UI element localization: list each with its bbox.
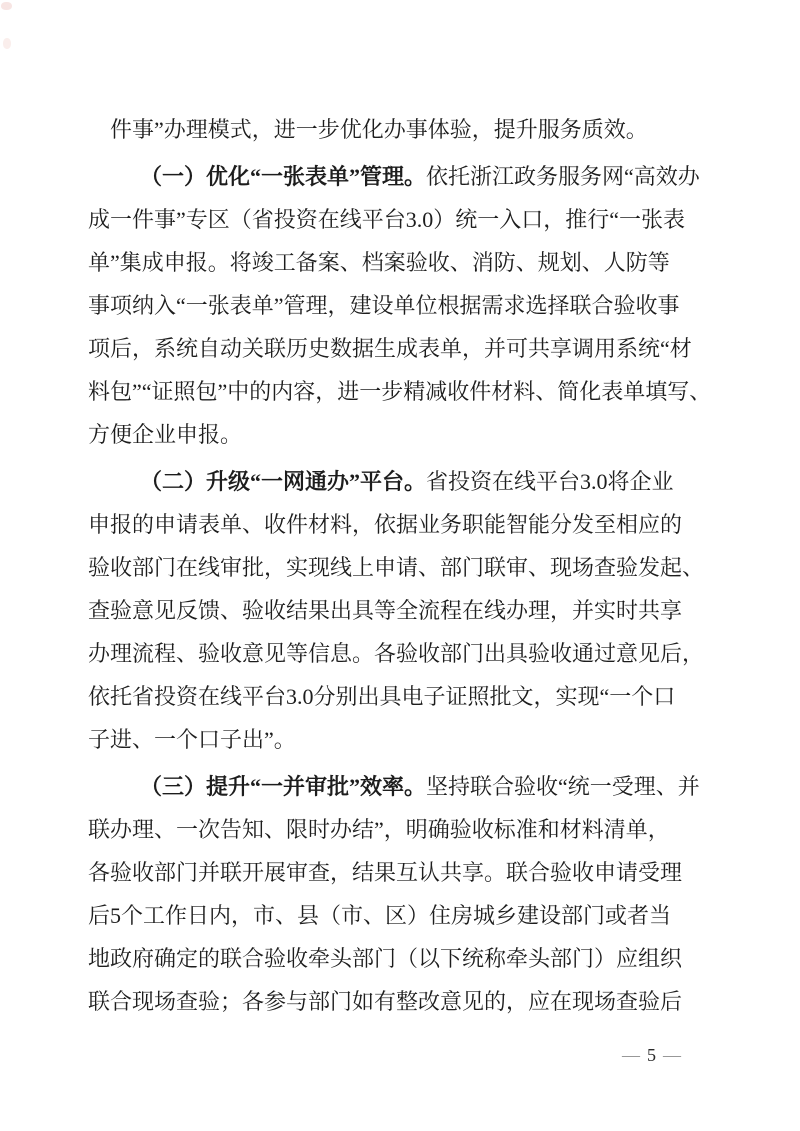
text-line: 联合现场查验；各参与部门如有整改意见的，应在现场查验后 [88,980,688,1023]
text-line: 项后，系统自动关联历史数据生成表单，并可共享调用系统“材 [88,327,688,370]
line-text: 省投资在线平台3.0将企业 [426,469,674,494]
line-text: 子进、一个口子出”。 [88,727,296,752]
line-text: 项后，系统自动关联历史数据生成表单，并可共享调用系统“材 [88,336,692,361]
line-text: 成一件事”专区（省投资在线平台3.0）统一入口，推行“一张表 [88,207,685,232]
page-number-value: 5 [647,1045,657,1065]
text-line: 联办理、一次告知、限时办结”，明确验收标准和材料清单， [88,808,688,851]
line-text: 申报的申请表单、收件材料，依据业务职能智能分发至相应的 [88,512,682,537]
text-line: 各验收部门并联开展审查，结果互认共享。联合验收申请受理 [88,851,688,894]
text-line: 地政府确定的联合验收牵头部门（以下统称牵头部门）应组织 [88,937,688,980]
section-heading-lead: （二）升级“一网通办”平台。 [140,469,426,494]
text-line: 事项纳入“一张表单”管理，建设单位根据需求选择联合验收事 [88,284,688,327]
line-text: 依托浙江政务服务网“高效办 [426,164,700,189]
line-text: 办理流程、验收意见等信息。各验收部门出具验收通过意见后， [88,641,704,666]
text-line: 依托省投资在线平台3.0分别出具电子证照批文，实现“一个口 [88,675,688,718]
text-line: 子进、一个口子出”。 [88,718,688,761]
line-text: 件事”办理模式，进一步优化办事体验，提升服务质效。 [110,117,648,142]
line-text: 查验意见反馈、验收结果出具等全流程在线办理，并实时共享 [88,598,682,623]
text-line: 单”集成申报。将竣工备案、档案验收、消防、规划、人防等 [88,241,688,284]
paragraph-section-3: （三）提升“一并审批”效率。坚持联合验收“统一受理、并联办理、一次告知、限时办结… [88,765,688,1023]
line-text: 验收部门在线审批，实现线上申请、部门联审、现场查验发起、 [88,555,704,580]
paragraph-section-2: （二）升级“一网通办”平台。省投资在线平台3.0将企业申报的申请表单、收件材料，… [88,460,688,761]
text-line: 后5个工作日内，市、县（市、区）住房城乡建设部门或者当 [88,894,688,937]
line-text: 单”集成申报。将竣工备案、档案验收、消防、规划、人防等 [88,250,670,275]
text-line: 申报的申请表单、收件材料，依据业务职能智能分发至相应的 [88,503,688,546]
text-line: （三）提升“一并审批”效率。坚持联合验收“统一受理、并 [88,765,688,808]
text-line: 成一件事”专区（省投资在线平台3.0）统一入口，推行“一张表 [88,198,688,241]
page-number-right-dash: — [657,1045,688,1065]
text-line: 方便企业申报。 [88,413,688,456]
line-text: 联合现场查验；各参与部门如有整改意见的，应在现场查验后 [88,989,682,1014]
line-text: 料包”“证照包”中的内容，进一步精减收件材料、简化表单填写、 [88,379,711,404]
scan-smudge-mark [3,38,11,49]
document-body: 件事”办理模式，进一步优化办事体验，提升服务质效。（一）优化“一张表单”管理。依… [88,108,688,1023]
text-line: 查验意见反馈、验收结果出具等全流程在线办理，并实时共享 [88,589,688,632]
line-text: 后5个工作日内，市、县（市、区）住房城乡建设部门或者当 [88,903,671,928]
text-line: 件事”办理模式，进一步优化办事体验，提升服务质效。 [110,108,688,151]
page-number-left-dash: — [616,1045,647,1065]
line-text: 地政府确定的联合验收牵头部门（以下统称牵头部门）应组织 [88,946,682,971]
section-heading-lead: （三）提升“一并审批”效率。 [140,774,426,799]
section-heading-lead: （一）优化“一张表单”管理。 [140,164,426,189]
page-number: —5— [616,1042,688,1068]
paragraph-continuation: 件事”办理模式，进一步优化办事体验，提升服务质效。 [88,108,688,151]
line-text: 依托省投资在线平台3.0分别出具电子证照批文，实现“一个口 [88,684,675,709]
text-line: （一）优化“一张表单”管理。依托浙江政务服务网“高效办 [88,155,688,198]
text-line: 验收部门在线审批，实现线上申请、部门联审、现场查验发起、 [88,546,688,589]
scan-smudge-mark [1,2,12,10]
line-text: 坚持联合验收“统一受理、并 [426,774,700,799]
line-text: 方便企业申报。 [88,422,242,447]
text-line: （二）升级“一网通办”平台。省投资在线平台3.0将企业 [88,460,688,503]
line-text: 各验收部门并联开展审查，结果互认共享。联合验收申请受理 [88,860,682,885]
line-text: 联办理、一次告知、限时办结”，明确验收标准和材料清单， [88,817,670,842]
document-page: 件事”办理模式，进一步优化办事体验，提升服务质效。（一）优化“一张表单”管理。依… [0,0,800,1131]
text-line: 办理流程、验收意见等信息。各验收部门出具验收通过意见后， [88,632,688,675]
line-text: 事项纳入“一张表单”管理，建设单位根据需求选择联合验收事 [88,293,680,318]
paragraph-section-1: （一）优化“一张表单”管理。依托浙江政务服务网“高效办成一件事”专区（省投资在线… [88,155,688,456]
text-line: 料包”“证照包”中的内容，进一步精减收件材料、简化表单填写、 [88,370,688,413]
